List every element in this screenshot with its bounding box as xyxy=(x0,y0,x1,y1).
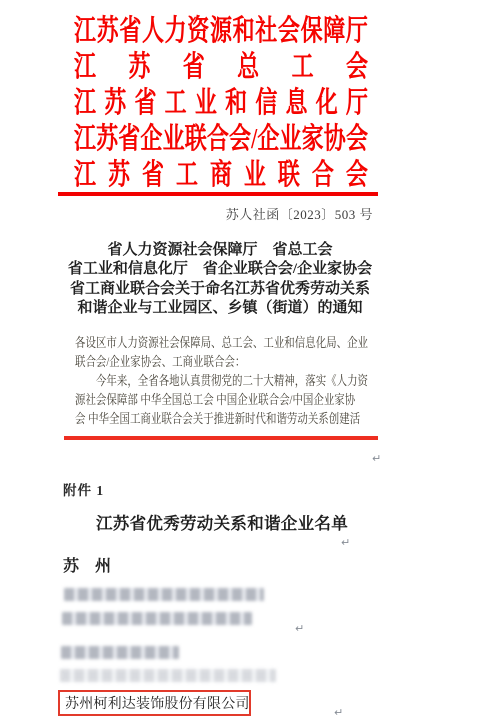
document-page: 江苏省人力资源和社会保障厅 江苏省总工会 江苏省工业和信息化厅 江苏省企业联合会… xyxy=(0,0,490,725)
city-heading-suzhou: 苏 州 xyxy=(63,553,111,576)
letterhead-line-4: 江苏省企业联合会/企业家协会 xyxy=(74,121,368,157)
letterhead-line-3: 江苏省工业和信息化厅 xyxy=(74,85,368,121)
return-mark-icon: ↵ xyxy=(341,537,350,548)
body-line: 今年来，全省各地认真贯彻党的二十大精神，落实《人力资 xyxy=(75,372,370,391)
notice-title-line: 省人力资源社会保障厅 省总工会 xyxy=(62,241,378,260)
redacted-company-line xyxy=(60,669,276,682)
document-number: 苏人社函〔2023〕503 号 xyxy=(226,204,373,223)
body-line: 联合会/企业家协会、工商业联合会： xyxy=(75,353,370,372)
return-mark-icon: ↵ xyxy=(334,707,343,718)
notice-title-line: 和谐企业与工业园区、乡镇（街道）的通知 xyxy=(62,299,378,318)
attachment-label: 附件 1 xyxy=(63,479,104,499)
letterhead: 江苏省人力资源和社会保障厅 江苏省总工会 江苏省工业和信息化厅 江苏省企业联合会… xyxy=(74,13,368,193)
attachment-title: 江苏省优秀劳动关系和谐企业名单 xyxy=(62,510,382,534)
body-line: 会 中华全国工商业联合会关于推进新时代和谐劳动关系创建活 xyxy=(75,410,370,429)
section-divider xyxy=(64,436,378,440)
letterhead-divider xyxy=(58,192,378,196)
highlighted-company-box: 苏州柯利达装饰股份有限公司 xyxy=(58,690,251,716)
return-mark-icon: ↵ xyxy=(295,623,304,634)
return-mark-icon: ↵ xyxy=(372,453,381,464)
highlighted-company-name: 苏州柯利达装饰股份有限公司 xyxy=(65,693,250,713)
redacted-company-line xyxy=(62,612,252,625)
letterhead-line-5: 江苏省工商业联合会 xyxy=(74,157,368,193)
redacted-company-line xyxy=(61,646,179,659)
body-line: 源社会保障部 中华全国总工会 中国企业联合会/中国企业家协 xyxy=(75,391,370,410)
letterhead-line-1: 江苏省人力资源和社会保障厅 xyxy=(74,13,368,49)
notice-title-line: 省工商业联合会关于命名江苏省优秀劳动关系 xyxy=(62,280,378,299)
redacted-company-line xyxy=(64,588,264,601)
body-line: 各设区市人力资源社会保障局、总工会、工业和信息化局、企业 xyxy=(75,334,370,353)
notice-body: 各设区市人力资源社会保障局、总工会、工业和信息化局、企业 联合会/企业家协会、工… xyxy=(75,334,370,429)
notice-title-line: 省工业和信息化厅 省企业联合会/企业家协会 xyxy=(62,260,378,279)
letterhead-line-2: 江苏省总工会 xyxy=(74,49,368,85)
notice-title: 省人力资源社会保障厅 省总工会 省工业和信息化厅 省企业联合会/企业家协会 省工… xyxy=(62,241,378,318)
